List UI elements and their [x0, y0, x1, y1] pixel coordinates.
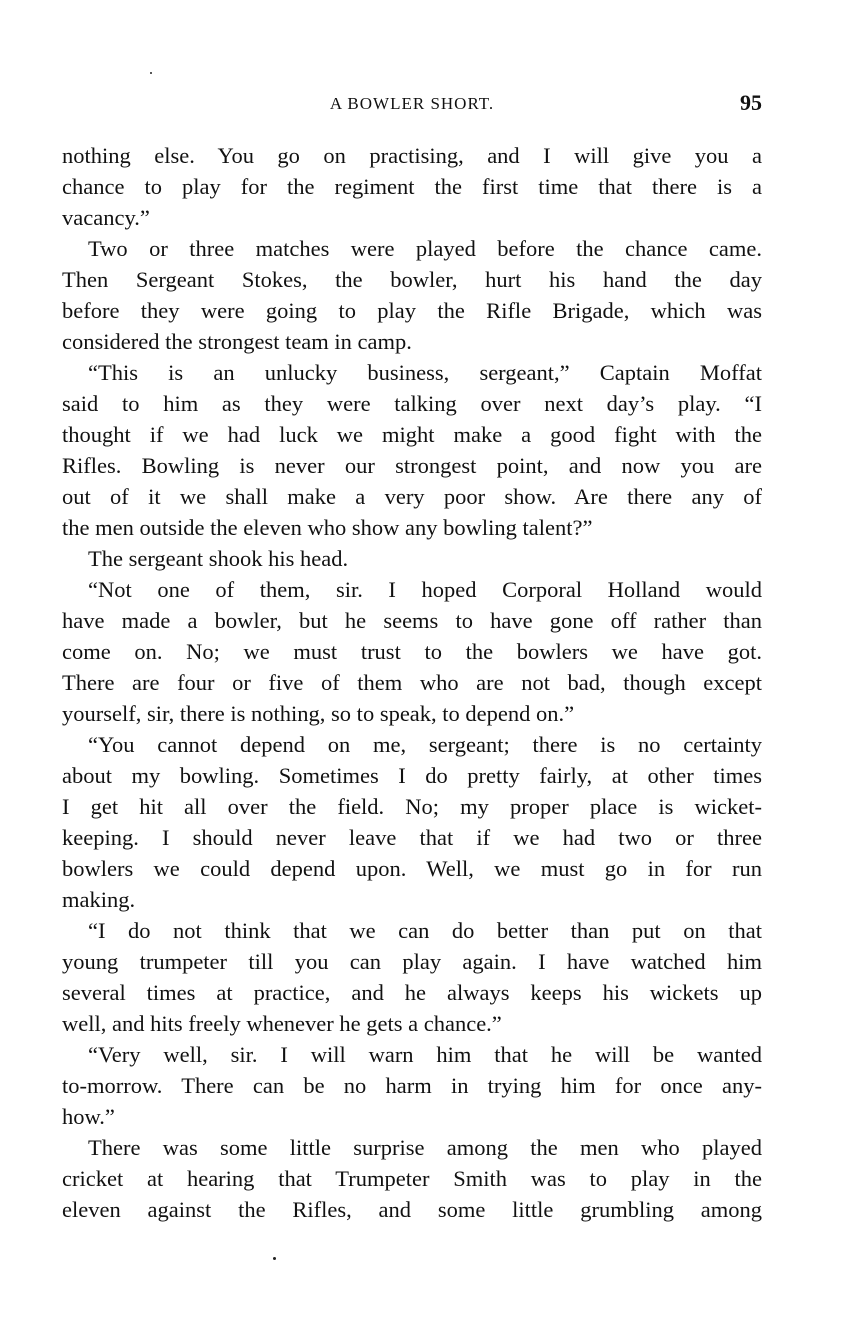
- text-line: Then Sergeant Stokes, the bowler, hurt h…: [62, 264, 762, 295]
- text-line: nothing else. You go on practising, and …: [62, 140, 762, 171]
- text-line: bowlers we could depend upon. Well, we m…: [62, 853, 762, 884]
- text-line: There are four or five of them who are n…: [62, 667, 762, 698]
- text-line: said to him as they were talking over ne…: [62, 388, 762, 419]
- text-line: I get hit all over the field. No; my pro…: [62, 791, 762, 822]
- scan-speck: [150, 72, 152, 74]
- page-number: 95: [740, 90, 762, 116]
- text-line: have made a bowler, but he seems to have…: [62, 605, 762, 636]
- text-line: thought if we had luck we might make a g…: [62, 419, 762, 450]
- text-line: The sergeant shook his head.: [62, 543, 762, 574]
- text-line: Rifles. Bowling is never our strongest p…: [62, 450, 762, 481]
- text-line: yourself, sir, there is nothing, so to s…: [62, 698, 762, 729]
- text-line: about my bowling. Sometimes I do pretty …: [62, 760, 762, 791]
- text-line: “This is an unlucky business, sergeant,”…: [62, 357, 762, 388]
- text-line: several times at practice, and he always…: [62, 977, 762, 1008]
- text-line: chance to play for the regiment the firs…: [62, 171, 762, 202]
- text-line: “Not one of them, sir. I hoped Corporal …: [62, 574, 762, 605]
- text-line: keeping. I should never leave that if we…: [62, 822, 762, 853]
- text-line: well, and hits freely whenever he gets a…: [62, 1008, 762, 1039]
- text-line: “I do not think that we can do better th…: [62, 915, 762, 946]
- text-line: vacancy.”: [62, 202, 762, 233]
- text-line: cricket at hearing that Trumpeter Smith …: [62, 1163, 762, 1194]
- body-text: nothing else. You go on practising, and …: [62, 140, 762, 1225]
- text-line: out of it we shall make a very poor show…: [62, 481, 762, 512]
- text-line: making.: [62, 884, 762, 915]
- text-line: before they were going to play the Rifle…: [62, 295, 762, 326]
- text-line: come on. No; we must trust to the bowler…: [62, 636, 762, 667]
- text-line: There was some little surprise among the…: [62, 1132, 762, 1163]
- scan-speck: [273, 1257, 276, 1260]
- text-line: how.”: [62, 1101, 762, 1132]
- text-line: to-morrow. There can be no harm in tryin…: [62, 1070, 762, 1101]
- text-line: Two or three matches were played before …: [62, 233, 762, 264]
- text-line: eleven against the Rifles, and some litt…: [62, 1194, 762, 1225]
- running-header: A BOWLER SHORT. 95: [62, 90, 762, 120]
- text-line: young trumpeter till you can play again.…: [62, 946, 762, 977]
- text-line: the men outside the eleven who show any …: [62, 512, 762, 543]
- running-title: A BOWLER SHORT.: [62, 94, 762, 114]
- text-line: “You cannot depend on me, sergeant; ther…: [62, 729, 762, 760]
- text-line: considered the strongest team in camp.: [62, 326, 762, 357]
- text-line: “Very well, sir. I will warn him that he…: [62, 1039, 762, 1070]
